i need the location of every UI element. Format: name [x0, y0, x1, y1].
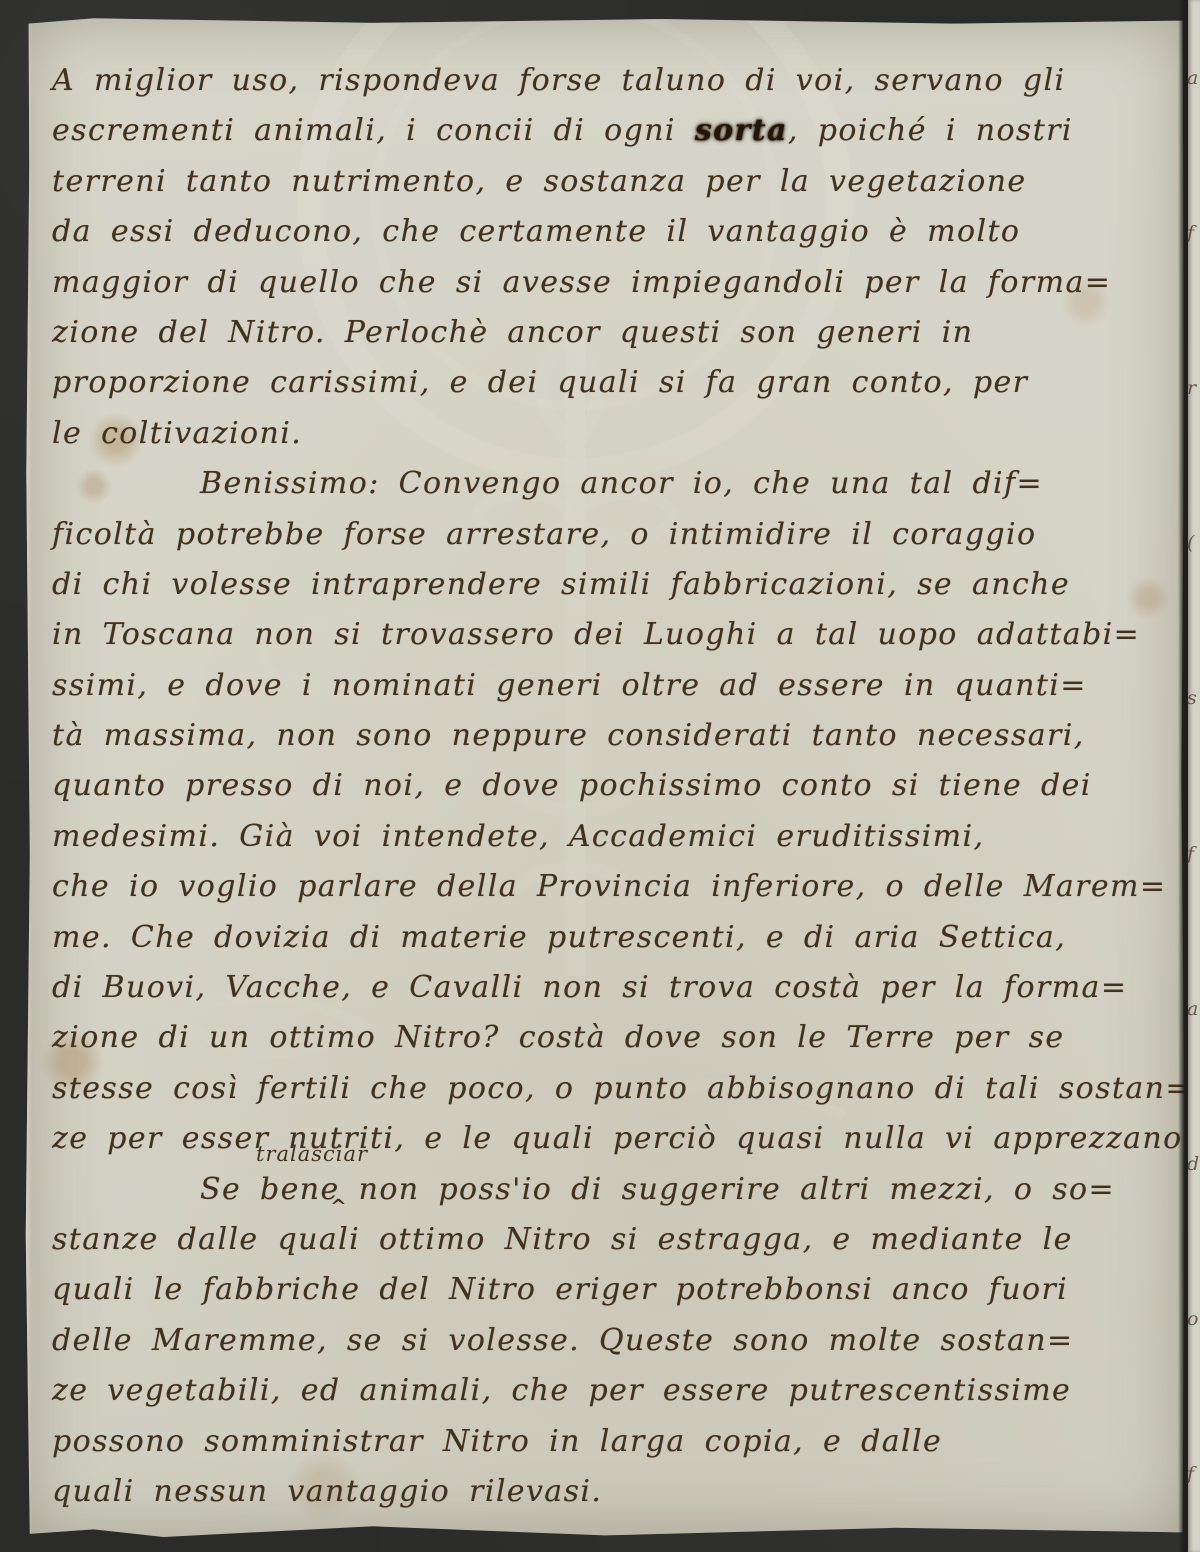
line-text: stesse così fertili che poco, o punto ab…	[52, 1071, 1186, 1106]
line-text: le coltivazioni.	[52, 416, 302, 451]
manuscript-line: proporzione carissimi, e dei quali si fa…	[52, 358, 1186, 408]
manuscript-line: ze vegetabili, ed animali, che per esser…	[52, 1366, 1186, 1416]
manuscript-line: le coltivazioni.	[52, 409, 1186, 459]
manuscript-text: A miglior uso, rispondeva forse taluno d…	[52, 56, 1186, 1517]
line-text: me. Che dovizia di materie putrescenti, …	[52, 920, 1066, 955]
manuscript-line: ficoltà potrebbe forse arrestare, o inti…	[52, 510, 1186, 560]
line-text: tà massima, non sono neppure considerati…	[52, 718, 1085, 753]
manuscript-line: ssimi, e dove i nominati generi oltre ad…	[52, 661, 1186, 711]
line-text: ze vegetabili, ed animali, che per esser…	[52, 1373, 1071, 1408]
line-text: stanze dalle quali ottimo Nitro si estra…	[52, 1222, 1073, 1257]
manuscript-line: escrementi animali, i concii di ogni sor…	[52, 106, 1186, 156]
interlinear-insertion: tralasciar	[256, 1142, 368, 1166]
line-text: escrementi animali, i concii di ogni	[52, 113, 695, 148]
manuscript-line: che io voglio parlare della Provincia in…	[52, 862, 1186, 912]
line-text: di Buovi, Vacche, e Cavalli non si trova…	[52, 970, 1127, 1005]
line-text: zione di un ottimo Nitro? costà dove son…	[52, 1020, 1065, 1055]
manuscript-line: in Toscana non si trovassero dei Luoghi …	[52, 610, 1186, 660]
line-text: che io voglio parlare della Provincia in…	[52, 869, 1166, 904]
line-text: maggior di quello che si avesse impiegan…	[52, 265, 1111, 300]
line-text: zione del Nitro. Perlochè ancor questi s…	[52, 315, 973, 350]
insertion-caret-mark: ^	[330, 1194, 347, 1218]
ink-fragment: (	[1187, 532, 1194, 554]
manuscript-line: zione di un ottimo Nitro? costà dove son…	[52, 1013, 1186, 1063]
overwritten-word: sorta	[695, 113, 788, 148]
manuscript-line: stanze dalle quali ottimo Nitro si estra…	[52, 1215, 1186, 1265]
ink-fragment: a	[1187, 998, 1198, 1020]
line-text: Benissimo: Convengo ancor io, che una ta…	[200, 466, 1043, 501]
manuscript-line: medesimi. Già voi intendete, Accademici …	[52, 812, 1186, 862]
adjacent-page-sliver: afr(sfadof	[1188, 0, 1200, 1552]
adjacent-page-fragments: afr(sfadof	[1188, 0, 1200, 1552]
manuscript-line: delle Maremme, se si volesse. Queste son…	[52, 1316, 1186, 1366]
line-text: ssimi, e dove i nominati generi oltre ad…	[52, 668, 1087, 703]
manuscript-line: Benissimo: Convengo ancor io, che una ta…	[52, 459, 1186, 509]
ink-fragment: d	[1187, 1153, 1199, 1175]
manuscript-line: di chi volesse intraprendere simili fabb…	[52, 560, 1186, 610]
manuscript-line: stesse così fertili che poco, o punto ab…	[52, 1064, 1186, 1114]
ink-fragment: f	[1187, 843, 1194, 865]
manuscript-line: ze per esser nutriti, e le quali perciò …	[52, 1114, 1186, 1164]
ink-fragment: f	[1187, 1463, 1194, 1485]
line-text: ficoltà potrebbe forse arrestare, o inti…	[52, 517, 1036, 552]
ink-fragment: r	[1187, 377, 1196, 399]
line-text: terreni tanto nutrimento, e sostanza per…	[52, 164, 1027, 199]
ink-fragment: f	[1187, 222, 1194, 244]
line-text: proporzione carissimi, e dei quali si fa…	[52, 365, 1028, 400]
manuscript-line: maggior di quello che si avesse impiegan…	[52, 258, 1186, 308]
manuscript-line: Se bene non poss'io di suggerire altri m…	[52, 1165, 1186, 1215]
ink-fragment: o	[1187, 1308, 1198, 1330]
line-text: quali nessun vantaggio rilevasi.	[52, 1474, 602, 1509]
manuscript-line: A miglior uso, rispondeva forse taluno d…	[52, 56, 1186, 106]
manuscript-line: quanto presso di noi, e dove pochissimo …	[52, 761, 1186, 811]
scan-backdrop: A miglior uso, rispondeva forse taluno d…	[0, 0, 1200, 1552]
manuscript-page: A miglior uso, rispondeva forse taluno d…	[24, 16, 1186, 1540]
line-text: in Toscana non si trovassero dei Luoghi …	[52, 617, 1140, 652]
manuscript-line: possono somministrar Nitro in larga copi…	[52, 1417, 1186, 1467]
manuscript-line: quali nessun vantaggio rilevasi.	[52, 1467, 1186, 1517]
line-text: medesimi. Già voi intendete, Accademici …	[52, 819, 984, 854]
line-text: A miglior uso, rispondeva forse taluno d…	[52, 63, 1066, 98]
manuscript-line: da essi deducono, che certamente il vant…	[52, 207, 1186, 257]
manuscript-line: zione del Nitro. Perlochè ancor questi s…	[52, 308, 1186, 358]
ink-fragment: a	[1187, 67, 1198, 89]
line-text: quanto presso di noi, e dove pochissimo …	[52, 768, 1092, 803]
line-text: , poiché i nostri	[788, 113, 1073, 148]
line-text: da essi deducono, che certamente il vant…	[52, 214, 1020, 249]
manuscript-line: terreni tanto nutrimento, e sostanza per…	[52, 157, 1186, 207]
line-text: delle Maremme, se si volesse. Queste son…	[52, 1323, 1074, 1358]
manuscript-line: di Buovi, Vacche, e Cavalli non si trova…	[52, 963, 1186, 1013]
manuscript-line: me. Che dovizia di materie putrescenti, …	[52, 913, 1186, 963]
manuscript-line: tà massima, non sono neppure considerati…	[52, 711, 1186, 761]
line-text: quali le fabbriche del Nitro eriger potr…	[52, 1272, 1068, 1307]
line-text: possono somministrar Nitro in larga copi…	[52, 1424, 942, 1459]
ink-fragment: s	[1187, 687, 1197, 709]
manuscript-line: quali le fabbriche del Nitro eriger potr…	[52, 1265, 1186, 1315]
line-text: di chi volesse intraprendere simili fabb…	[52, 567, 1070, 602]
line-text: ze per esser nutriti, e le quali perciò …	[52, 1121, 1186, 1156]
